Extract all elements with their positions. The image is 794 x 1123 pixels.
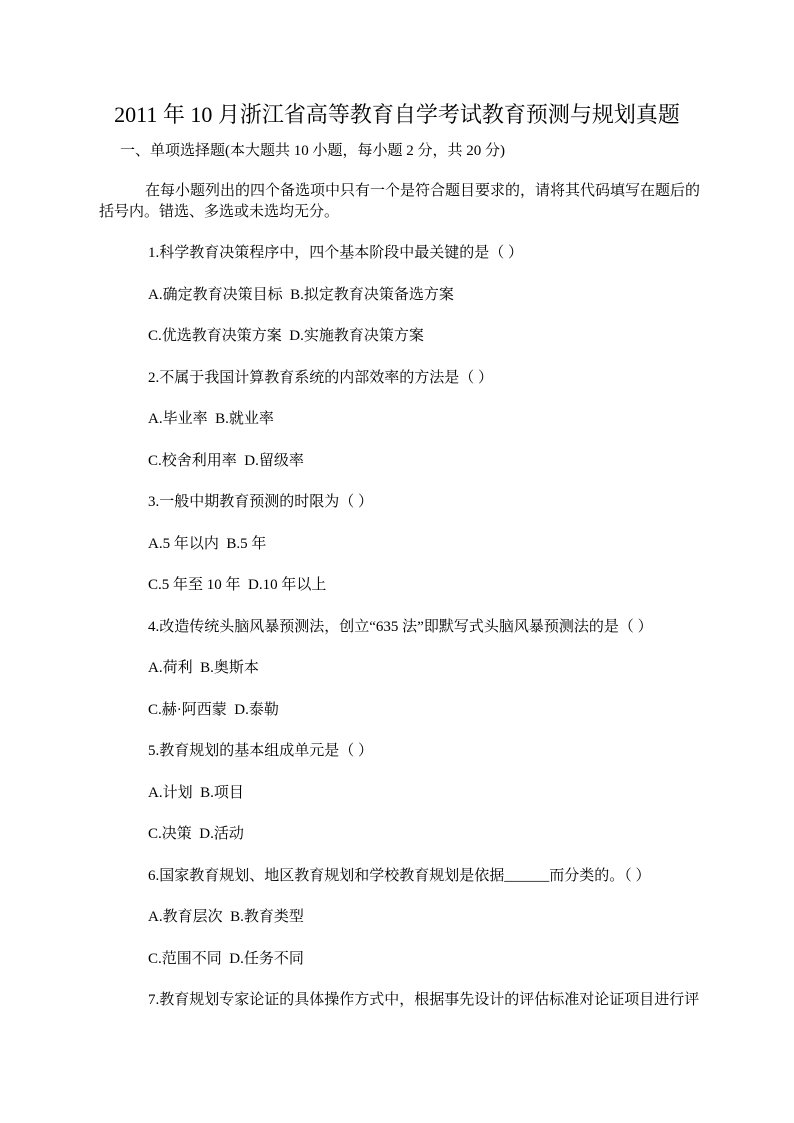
question-3-options-cd: C.5 年至 10 年 D.10 年以上	[99, 565, 754, 607]
question-2-options-cd: C.校舍利用率 D.留级率	[99, 441, 754, 483]
question-2-options-ab: A.毕业率 B.就业率	[99, 399, 754, 441]
question-3-stem: 3.一般中期教育预测的时限为（ ）	[99, 482, 754, 524]
question-5-options-ab: A.计划 B.项目	[99, 773, 754, 815]
question-4-stem: 4.改造传统头脑风暴预测法，创立“635 法”即默写式头脑风暴预测法的是（ ）	[99, 607, 754, 649]
instructions-line-1: 在每小题列出的四个备选项中只有一个是符合题目要求的，请将其代码填写在题后的	[99, 181, 754, 202]
question-4-options-ab: A.荷利 B.奥斯本	[99, 648, 754, 690]
instructions-line-2: 括号内。错选、多选或未选均无分。	[99, 202, 754, 223]
question-4-options-cd: C.赫·阿西蒙 D.泰勒	[99, 690, 754, 732]
exam-document-page: 2011 年 10 月浙江省高等教育自学考试教育预测与规划真题 一、单项选择题(…	[0, 0, 794, 1123]
question-1-options-cd: C.优选教育决策方案 D.实施教育决策方案	[99, 316, 754, 358]
document-title: 2011 年 10 月浙江省高等教育自学考试教育预测与规划真题	[99, 102, 695, 128]
question-5-stem: 5.教育规划的基本组成单元是（ ）	[99, 731, 754, 773]
question-1-stem: 1.科学教育决策程序中，四个基本阶段中最关键的是（ ）	[99, 233, 754, 275]
question-3-options-ab: A.5 年以内 B.5 年	[99, 524, 754, 566]
question-7-stem: 7.教育规划专家论证的具体操作方式中，根据事先设计的评估标准对论证项目进行评	[99, 980, 754, 1022]
question-2-stem: 2.不属于我国计算教育系统的内部效率的方法是（ ）	[99, 358, 754, 400]
question-6-options-ab: A.教育层次 B.教育类型	[99, 897, 754, 939]
instructions-paragraph: 在每小题列出的四个备选项中只有一个是符合题目要求的，请将其代码填写在题后的 括号…	[99, 181, 754, 223]
question-1-options-ab: A.确定教育决策目标 B.拟定教育决策备选方案	[99, 275, 754, 317]
question-list: 1.科学教育决策程序中，四个基本阶段中最关键的是（ ） A.确定教育决策目标 B…	[99, 233, 754, 1022]
question-5-options-cd: C.决策 D.活动	[99, 814, 754, 856]
section-heading: 一、单项选择题(本大题共 10 小题，每小题 2 分，共 20 分)	[99, 142, 754, 161]
question-6-stem: 6.国家教育规划、地区教育规划和学校教育规划是依据______而分类的。（ ）	[99, 856, 754, 898]
question-6-options-cd: C.范围不同 D.任务不同	[99, 939, 754, 981]
